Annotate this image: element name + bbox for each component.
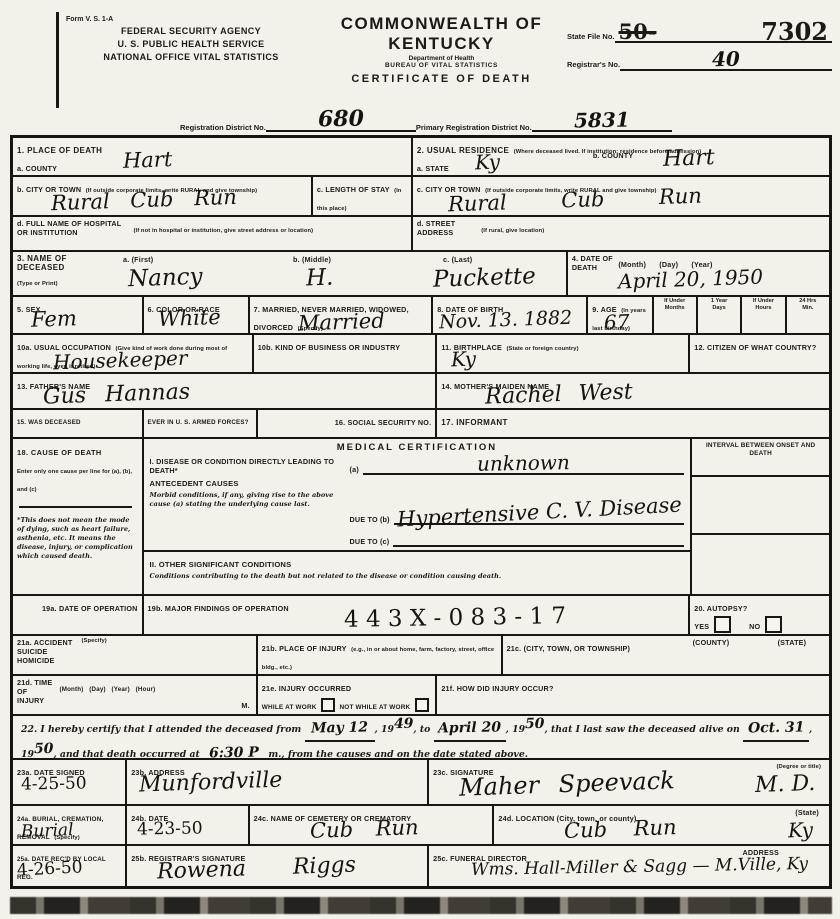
name-first-label: a. (First): [123, 255, 153, 264]
section-date-of-death: 4. DATE OF DEATH (Month) (Day) (Year) Ap…: [568, 252, 829, 295]
marital-value: Married: [297, 310, 384, 333]
field-funeral-director: 25c. FUNERAL DIRECTOR ADDRESS Wms. Hall-…: [429, 846, 829, 886]
field-physician-signature: 23c. SIGNATURE (Degree or title) Maher S…: [429, 760, 829, 804]
certify-text-1: 22. I hereby certify that I attended the…: [21, 724, 301, 735]
field-date-of-operation: 19a. DATE OF OPERATION: [13, 596, 144, 634]
registrar-number: 40: [712, 49, 740, 69]
burial-value: Burial: [21, 822, 74, 841]
certify-year-label-2: , 19: [506, 724, 525, 735]
age-box-sub-1: Months: [665, 305, 685, 311]
other-conditions-note: Conditions contributing to the death but…: [150, 572, 685, 581]
certificate-header: Form V. S. 1-A FEDERAL SECURITY AGENCY U…: [10, 12, 832, 104]
field-date-of-birth: 8. DATE OF BIRTH Nov. 13. 1882: [433, 297, 588, 333]
findings-value: 4 4 3 X - 0 8 3 - 1 7: [343, 605, 565, 632]
field-how-injury-occurred: 21f. HOW DID INJURY OCCUR?: [437, 676, 829, 714]
how-injury-label: 21f. HOW DID INJURY OCCUR?: [441, 684, 553, 693]
autopsy-no-checkbox: [765, 616, 782, 633]
certify-time-value: 6:30 P: [209, 745, 259, 758]
while-at-work-label: WHILE AT WORK: [262, 704, 317, 711]
field-father-name: 13. FATHER'S NAME Gus Hannas: [13, 374, 437, 408]
field-date-signed: 23a. DATE SIGNED 4-25-50: [13, 760, 127, 804]
place-county-value: Hart: [123, 149, 173, 172]
injury-city-label: 21c. (CITY, TOWN, OR TOWNSHIP): [507, 644, 631, 653]
birthplace-value: Ky: [451, 349, 477, 370]
interval-line-a: [692, 461, 829, 477]
field-burial-cremation: 24a. BURIAL, CREMATION, REMOVAL (Specify…: [13, 806, 127, 844]
armed-forces-label-2: EVER IN U. S. ARMED FORCES?: [148, 419, 249, 426]
while-at-work-checkbox: [321, 698, 335, 712]
other-conditions-title: II. OTHER SIGNIFICANT CONDITIONS: [150, 560, 292, 569]
section-medical-certification: MEDICAL CERTIFICATION I. DISEASE OR COND…: [144, 439, 691, 594]
age-box-sub-2: Days: [712, 305, 725, 311]
street-address-label: d. STREET ADDRESS: [417, 219, 477, 237]
street-address-note: (If rural, give location): [481, 228, 544, 234]
file-numbers-block: State File No. 50- 7302 Registrar's No. …: [567, 12, 832, 104]
section-place-of-death: 1. PLACE OF DEATH a. COUNTY Hart b. CITY…: [13, 138, 413, 250]
field-physician-address: 23b. ADDRESS Munfordville: [127, 760, 429, 804]
agency-line-1: FEDERAL SECURITY AGENCY: [66, 25, 316, 38]
cemetery-location-value: Cub Run: [564, 817, 677, 842]
not-while-at-work-label: NOT WHILE AT WORK: [339, 704, 410, 711]
birthplace-note: (State or foreign country): [506, 346, 578, 352]
scan-bottom-artifact: [10, 897, 832, 914]
name-title: 3. NAME OF DECEASED: [17, 254, 109, 272]
residence-state-value: Ky: [474, 152, 500, 173]
certify-year-2: 50: [525, 717, 545, 731]
disease-label: I. DISEASE OR CONDITION DIRECTLY LEADING…: [150, 457, 350, 475]
certify-text-3: , that I last saw the deceased alive on: [545, 724, 740, 735]
place-county-label: a. COUNTY: [17, 164, 57, 173]
section-usual-residence: 2. USUAL RESIDENCE (Where deceased lived…: [413, 138, 829, 250]
field-accident-suicide-homicide: 21a. ACCIDENT SUICIDE HOMICIDE (Specify): [13, 636, 258, 674]
field-birthplace: 11. BIRTHPLACE (State or foreign country…: [437, 335, 690, 372]
cause-note-1: Enter only one cause per line for (a), (…: [17, 469, 132, 493]
hospital-note: (If not in hospital or institution, give…: [133, 228, 313, 234]
not-while-at-work-checkbox: [415, 698, 429, 712]
sex-value: Fem: [31, 308, 77, 331]
autopsy-no-label: NO: [749, 622, 760, 631]
column-interval-onset-death: INTERVAL BETWEEN ONSET AND DEATH: [690, 439, 829, 594]
field-major-findings: 19b. MAJOR FINDINGS OF OPERATION 4 4 3 X…: [144, 596, 691, 634]
field-injury-city: 21c. (CITY, TOWN, OR TOWNSHIP) (COUNTY) …: [503, 636, 829, 674]
certify-text-5: m., from the causes and on the date stat…: [268, 749, 528, 758]
field-place-of-injury: 21b. PLACE OF INJURY (e.g., in or about …: [258, 636, 503, 674]
field-armed-forces-question: 15. WAS DECEASED (Yes, no, or unknown): [13, 410, 144, 437]
scan-edge-mark: [56, 12, 59, 108]
antecedent-note: Morbid conditions, if any, giving rise t…: [150, 491, 350, 509]
date-of-death-value: April 20, 1950: [618, 266, 764, 291]
autopsy-yes-label: YES: [694, 622, 709, 631]
age-box-sub-4: Min.: [802, 305, 813, 311]
father-value: Gus Hannas: [43, 381, 191, 408]
field-informant: 17. INFORMANT: [437, 410, 829, 437]
name-middle-label: b. (Middle): [293, 255, 331, 264]
residence-state-label: a. STATE: [417, 164, 449, 173]
state-file-number: 7302: [761, 22, 828, 41]
dob-value: Nov. 13. 1882: [439, 309, 573, 333]
title-block: COMMONWEALTH OF KENTUCKY Department of H…: [316, 12, 567, 104]
residence-county-value: Hart: [662, 147, 714, 171]
field-time-of-injury: 21d. TIME OF INJURY (Month) (Day) (Year)…: [13, 676, 258, 714]
signature-value: Maher Speevack: [459, 768, 675, 800]
residence-county-label: b. COUNTY: [593, 151, 634, 160]
due-to-c-label: DUE TO (c): [350, 537, 394, 547]
age-box-head-4: 24 Hrs: [799, 298, 816, 304]
burial-date-value: 4-23-50: [137, 820, 203, 838]
disease-a-label: (a): [350, 465, 363, 475]
commonwealth-title: COMMONWEALTH OF KENTUCKY: [316, 14, 567, 54]
death-certificate-scan: Form V. S. 1-A FEDERAL SECURITY AGENCY U…: [0, 0, 840, 919]
field-injury-occurred: 21e. INJURY OCCURRED WHILE AT WORK NOT W…: [258, 676, 438, 714]
operation-date-label: 19a. DATE OF OPERATION: [42, 604, 138, 613]
degree-value: M. D.: [754, 773, 815, 797]
autopsy-label: 20. AUTOPSY?: [694, 604, 747, 613]
age-box-head-1: If Under: [664, 298, 685, 304]
time-of-injury-meridiem: M.: [241, 701, 249, 710]
field-autopsy: 20. AUTOPSY? YES NO: [690, 596, 829, 634]
reg-district-label: Registration District No.: [180, 123, 266, 132]
agency-line-3: NATIONAL OFFICE VITAL STATISTICS: [66, 51, 316, 64]
certify-year-label-1: , 19: [375, 724, 394, 735]
certify-from-date: May 12: [311, 721, 368, 736]
certificate-title: CERTIFICATE OF DEATH: [316, 73, 567, 85]
certify-year-1: 49: [394, 717, 414, 731]
registrar-signature-value: Rowena Riggs: [157, 855, 357, 884]
age-box-sub-3: Hours: [755, 305, 771, 311]
state-file-struck-value: 50-: [619, 24, 657, 41]
findings-label: 19b. MAJOR FINDINGS OF OPERATION: [148, 604, 289, 613]
injury-county-label: (COUNTY): [693, 638, 730, 647]
field-age: 9. AGE (In years last birthday) 67: [588, 297, 653, 333]
primary-district-label: Primary Registration District No.: [416, 123, 532, 132]
field-registrar-signature: 25b. REGISTRAR'S SIGNATURE Rowena Riggs: [127, 846, 429, 886]
section-name-of-deceased: 3. NAME OF DECEASED a. (First) b. (Middl…: [13, 252, 568, 295]
registrar-no-label: Registrar's No.: [567, 60, 620, 71]
reg-district-number: 680: [318, 108, 364, 131]
occupation-value: Housekeeper: [53, 348, 188, 372]
certify-text-2: , to: [413, 724, 430, 735]
cause-title: 18. CAUSE OF DEATH: [17, 448, 102, 457]
citizen-label: 12. CITIZEN OF WHAT COUNTRY?: [694, 343, 816, 352]
agency-line-2: U. S. PUBLIC HEALTH SERVICE: [66, 38, 316, 51]
degree-note: (Degree or title): [776, 764, 821, 770]
physician-address-value: Munfordville: [139, 770, 283, 797]
field-sex: 5. SEX Fem: [13, 297, 144, 333]
age-box-head-2: 1 Year: [711, 298, 727, 304]
field-marital-status: 7. MARRIED, NEVER MARRIED, WIDOWED, DIVO…: [250, 297, 434, 333]
place-of-injury-label: 21b. PLACE OF INJURY: [262, 644, 347, 653]
armed-forces-label: 15. WAS DECEASED: [17, 419, 81, 426]
autopsy-yes-checkbox: [714, 616, 731, 633]
accident-note: (Specify): [81, 638, 106, 644]
date-of-death-label: 4. DATE OF DEATH: [572, 254, 614, 272]
certify-to-date: April 20: [438, 721, 501, 736]
time-of-injury-cols: (Month) (Day) (Year) (Hour): [59, 686, 155, 693]
name-last-value: Puckette: [433, 265, 537, 292]
name-middle-value: H.: [306, 267, 334, 291]
age-box-head-3: If Under: [753, 298, 774, 304]
time-of-injury-label: 21d. TIME OF INJURY: [17, 678, 55, 705]
field-cemetery-name: 24c. NAME OF CEMETERY OR CREMATORY Cub R…: [250, 806, 495, 844]
cemetery-state-value: Ky: [788, 820, 814, 841]
field-armed-forces-detail: EVER IN U. S. ARMED FORCES? (If yes, giv…: [144, 410, 258, 437]
race-value: White: [157, 307, 220, 330]
name-last-label: c. (Last): [443, 255, 472, 264]
funeral-director-value: Wms. Hall-Miller & Sagg — M.Ville, Ky: [471, 856, 808, 879]
field-cemetery-location: 24d. LOCATION (City, town, or county) (S…: [494, 806, 829, 844]
place-of-death-title: 1. PLACE OF DEATH: [17, 146, 102, 155]
hospital-label: d. FULL NAME OF HOSPITAL OR INSTITUTION: [17, 219, 129, 237]
cause-note-2: *This does not mean the mode of dying, s…: [17, 516, 138, 560]
certify-alive-date: Oct. 31: [748, 721, 805, 736]
medical-certification-title: MEDICAL CERTIFICATION: [144, 439, 691, 453]
name-first-value: Nancy: [128, 266, 203, 292]
field-color-or-race: 6. COLOR OR RACE White: [144, 297, 250, 333]
section-cause-of-death: 18. CAUSE OF DEATH Enter only one cause …: [13, 439, 144, 594]
state-file-label: State File No.: [567, 32, 615, 43]
field-kind-of-business: 10b. KIND OF BUSINESS OR INDUSTRY: [254, 335, 438, 372]
certify-text-4: , and that death occurred at: [53, 749, 199, 758]
age-value: 67: [604, 312, 630, 333]
business-label: 10b. KIND OF BUSINESS OR INDUSTRY: [258, 343, 401, 352]
injury-occurred-label: 21e. INJURY OCCURRED: [262, 684, 351, 693]
field-mother-maiden-name: 14. MOTHER'S MAIDEN NAME Rachel West: [437, 374, 829, 408]
registration-district-line: Registration District No. 680 Primary Re…: [180, 106, 832, 132]
field-usual-occupation: 10a. USUAL OCCUPATION (Give kind of work…: [13, 335, 254, 372]
primary-district-number: 5831: [574, 110, 630, 131]
antecedent-title: ANTECEDENT CAUSES: [150, 479, 350, 488]
interval-label: INTERVAL BETWEEN ONSET AND DEATH: [692, 439, 829, 461]
date-received-value: 4-26-50: [17, 859, 83, 879]
department-line: Department of Health: [316, 55, 567, 62]
field-date-received: 25a. DATE REC'D BY LOCAL REG. 4-26-50: [13, 846, 127, 886]
accident-label: 21a. ACCIDENT SUICIDE HOMICIDE: [17, 638, 77, 665]
certify-year-3: 50: [34, 741, 54, 755]
interval-line-b: [692, 477, 829, 535]
informant-label: 17. INFORMANT: [441, 418, 508, 427]
bureau-line: BUREAU OF VITAL STATISTICS: [316, 62, 567, 69]
cemetery-value: Cub Run: [309, 817, 418, 842]
age-under-one-year-boxes: If Under Months 1 Year Days If Under Hou…: [654, 297, 829, 333]
injury-state-label: (STATE): [778, 638, 807, 647]
field-social-security: 16. SOCIAL SECURITY NO.: [258, 410, 438, 437]
field-burial-date: 24b. DATE 4-23-50: [127, 806, 249, 844]
name-note: (Type or Print): [17, 281, 58, 287]
cemetery-state-label: (State): [795, 808, 819, 817]
date-signed-value: 4-25-50: [21, 775, 87, 793]
place-city-value: Rural Cub Run: [51, 187, 237, 214]
field-citizen-of: 12. CITIZEN OF WHAT COUNTRY?: [690, 335, 829, 372]
ssn-label: 16. SOCIAL SECURITY NO.: [335, 418, 432, 427]
certificate-form: 1. PLACE OF DEATH a. COUNTY Hart b. CITY…: [10, 135, 832, 889]
mother-value: Rachel West: [485, 381, 633, 408]
length-of-stay-label: c. LENGTH OF STAY: [317, 185, 390, 194]
due-to-b-label: DUE TO (b): [350, 515, 394, 525]
form-number: Form V. S. 1-A: [66, 16, 316, 23]
disease-a-value: unknown: [477, 452, 570, 474]
section-certification-statement: 22. I hereby certify that I attended the…: [13, 716, 829, 758]
